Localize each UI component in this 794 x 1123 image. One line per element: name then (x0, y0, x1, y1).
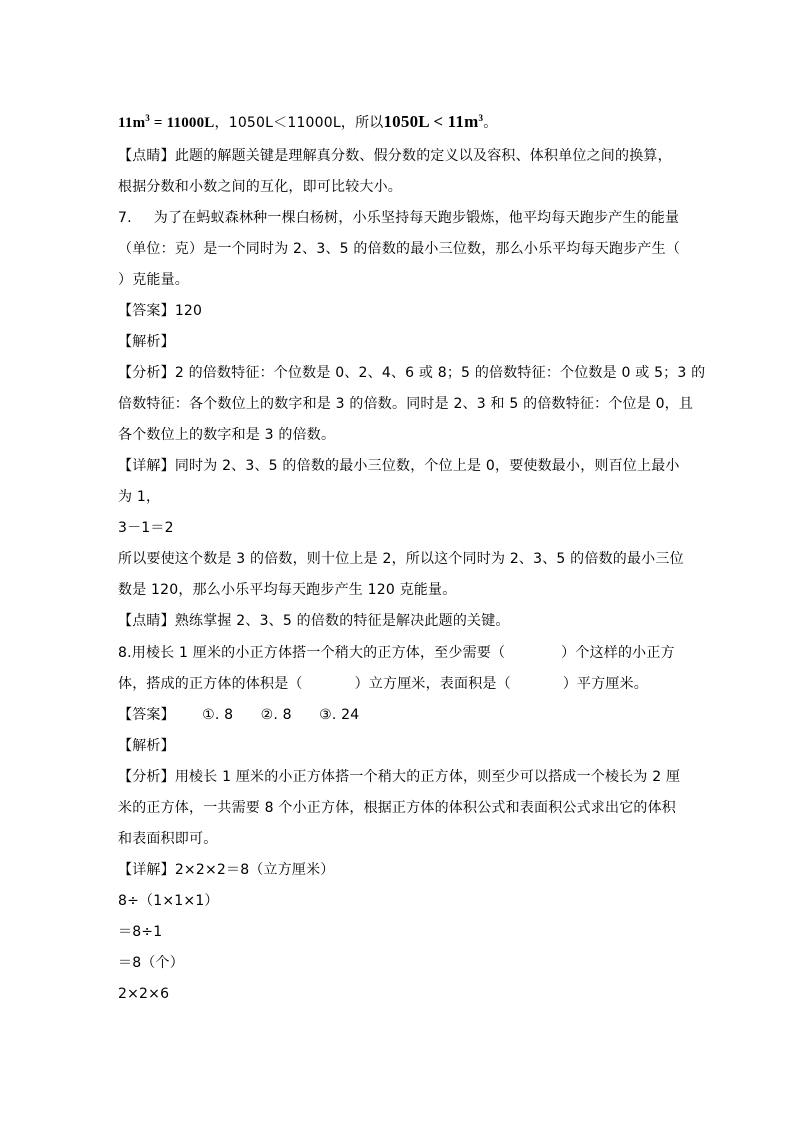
q7-question-line-1: 7.为了在蚂蚁森林种一棵白杨树，小乐坚持每天跑步锻炼，他平均每天跑步产生的能量 (118, 208, 679, 228)
comparison-text: ，1050L＜11000L，所以 (215, 115, 384, 131)
fenxi-label: 【分析】 (118, 365, 175, 381)
q8-xiangjie-line-1: 【详解】2×2×2＝8（立方厘米） (118, 860, 335, 880)
q7-xiangjie-line-5: 数是 120，那么小乐平均每天跑步产生 120 克能量。 (118, 580, 456, 600)
answer-label: 【答案】 (118, 707, 175, 723)
q7-xiangjie-line-2: 为 1， (118, 487, 160, 507)
q7-dianjing: 【点睛】熟练掌握 2、3、5 的倍数的特征是解决此题的关键。 (118, 611, 510, 631)
fenxi-label: 【分析】 (118, 769, 175, 785)
q7-answer: 【答案】120 (118, 301, 202, 321)
q7-fenxi-line-3: 各个数位上的数字和是 3 的倍数。 (118, 425, 335, 445)
q8-fenxi-line-2: 米的正方体，一共需要 8 个小正方体，根据正方体的体积公式和表面积公式求出它的体… (118, 798, 676, 818)
q6-dianjing-line-2: 根据分数和小数之间的互化，即可比较大小。 (118, 177, 402, 197)
answer-2: ②. 8 (261, 707, 292, 723)
question-number: 7. (118, 210, 132, 226)
q7-xiangjie-line-3: 3－1＝2 (118, 518, 174, 538)
answer-1: ①. 8 (202, 707, 233, 723)
answer-label: 【答案】 (118, 303, 175, 319)
dianjing-label: 【点睛】 (118, 148, 175, 164)
answer-3: ③. 24 (319, 707, 359, 723)
q7-question-line-2: （单位：克）是一个同时为 2、3、5 的倍数的最小三位数，那么小乐平均每天跑步产… (118, 239, 680, 259)
q7-fenxi-line-2: 倍数特征：各个数位上的数字和是 3 的倍数。同时是 2、3 和 5 的倍数特征：… (118, 394, 693, 414)
xiangjie-label: 【详解】 (118, 458, 175, 474)
q7-xiangjie-line-1: 【详解】同时为 2、3、5 的倍数的最小三位数，个位上是 0，要使数最小，则百位… (118, 456, 680, 476)
q6-dianjing-line-1: 【点睛】此题的解题关键是理解真分数、假分数的定义以及容积、体积单位之间的换算， (118, 146, 672, 166)
dianjing-label: 【点睛】 (118, 613, 175, 629)
q8-xiangjie-line-3: ＝8÷1 (118, 922, 162, 942)
q8-xiangjie-line-4: ＝8（个） (118, 953, 184, 973)
q8-analysis-heading: 【解析】 (118, 736, 175, 756)
q8-fenxi-line-1: 【分析】用棱长 1 厘米的小正方体搭一个稍大的正方体，则至少可以搭成一个棱长为 … (118, 767, 680, 787)
q7-xiangjie-line-4: 所以要使这个数是 3 的倍数，则十位上是 2，所以这个同时为 2、3、5 的倍数… (118, 549, 684, 569)
q7-question-line-3: ）克能量。 (118, 270, 189, 290)
q8-xiangjie-line-5: 2×2×6 (118, 984, 169, 1004)
inequality: 1050L < 11m3 (383, 112, 483, 131)
q8-xiangjie-line-2: 8÷（1×1×1） (118, 891, 219, 911)
xiangjie-label: 【详解】 (118, 862, 175, 878)
question-number: 8. (118, 645, 132, 661)
q7-fenxi-line-1: 【分析】2 的倍数特征：个位数是 0、2、4、6 或 8；5 的倍数特征：个位数… (118, 363, 705, 383)
equation: 11m3 = 11000L (118, 115, 215, 131)
q8-fenxi-line-3: 和表面积即可。 (118, 829, 217, 849)
answer-value: 120 (175, 303, 202, 319)
q8-question-line-2: 体，搭成的正方体的体积是（）立方厘米，表面积是（）平方厘米。 (118, 674, 648, 694)
q8-question-line-1: 8.用棱长 1 厘米的小正方体搭一个稍大的正方体，至少需要（）个这样的小正方 (118, 643, 675, 663)
q7-analysis-heading: 【解析】 (118, 332, 175, 352)
q8-answer: 【答案】 ①. 8 ②. 8 ③. 24 (118, 705, 359, 725)
unit-conversion-line: 11m3 = 11000L，1050L＜11000L，所以1050L < 11m… (118, 108, 497, 133)
